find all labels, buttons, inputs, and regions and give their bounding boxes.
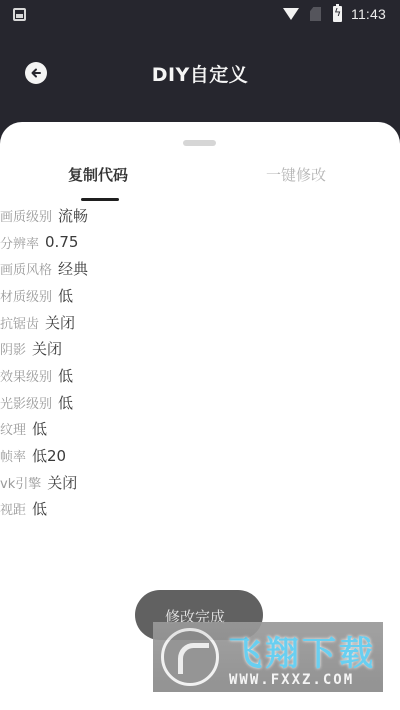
- setting-label: 视距: [0, 499, 26, 518]
- watermark-title: 飞翔下载: [228, 626, 376, 675]
- setting-row-material-level: 材质级别 低: [0, 282, 260, 309]
- settings-list: 画质级别 流畅 分辨率 0.75 画质风格 经典 材质级别 低 抗锯齿 关闭 阴…: [0, 202, 260, 522]
- setting-value: 低: [58, 392, 73, 413]
- watermark-url: WWW.FXXZ.COM: [229, 672, 354, 688]
- setting-label: 抗锯齿: [0, 313, 39, 332]
- setting-value: 低: [58, 285, 73, 306]
- setting-value: 关闭: [47, 472, 77, 493]
- setting-row-frame-rate: 帧率 低20: [0, 442, 260, 469]
- no-sim-icon: [310, 7, 321, 21]
- status-time: 11:43: [351, 6, 386, 22]
- setting-label: 帧率: [0, 446, 26, 465]
- setting-value: 低: [58, 365, 73, 386]
- watermark: 飞翔下载 WWW.FXXZ.COM: [153, 622, 383, 692]
- tab-copy-code[interactable]: 复制代码: [68, 164, 128, 185]
- setting-label: 效果级别: [0, 366, 52, 385]
- setting-value: 低: [32, 418, 47, 439]
- setting-label: 光影级别: [0, 393, 52, 412]
- setting-row-quality-style: 画质风格 经典: [0, 255, 260, 282]
- battery-charging-icon: [333, 6, 342, 22]
- setting-row-lighting-level: 光影级别 低: [0, 389, 260, 416]
- setting-value: 低: [32, 498, 47, 519]
- setting-label: 纹理: [0, 419, 26, 438]
- page-title: DIY自定义: [0, 60, 400, 87]
- setting-value: 经典: [58, 258, 88, 279]
- setting-label: vk引擎: [0, 473, 41, 492]
- watermark-logo-icon: [161, 628, 219, 686]
- setting-label: 阴影: [0, 339, 26, 358]
- setting-value: 低20: [32, 445, 66, 466]
- setting-label: 分辨率: [0, 233, 39, 252]
- setting-value: 关闭: [32, 338, 62, 359]
- setting-label: 材质级别: [0, 286, 52, 305]
- image-notification-icon: [13, 8, 26, 21]
- setting-row-effect-level: 效果级别 低: [0, 362, 260, 389]
- setting-row-texture: 纹理 低: [0, 416, 260, 443]
- setting-row-resolution: 分辨率 0.75: [0, 229, 260, 256]
- setting-value: 0.75: [45, 233, 78, 251]
- setting-row-quality-level: 画质级别 流畅: [0, 202, 260, 229]
- status-bar: 11:43: [0, 0, 400, 30]
- active-tab-indicator: [81, 198, 119, 201]
- wifi-icon: [283, 8, 299, 20]
- setting-row-shadow: 阴影 关闭: [0, 335, 260, 362]
- drag-handle[interactable]: [183, 140, 216, 146]
- header-bar: DIY自定义: [0, 40, 400, 104]
- setting-value: 关闭: [45, 312, 75, 333]
- setting-row-antialiasing: 抗锯齿 关闭: [0, 309, 260, 336]
- tab-one-click-modify[interactable]: 一键修改: [266, 164, 326, 185]
- setting-row-view-distance: 视距 低: [0, 496, 260, 523]
- setting-value: 流畅: [58, 205, 88, 226]
- setting-row-vk-engine: vk引擎 关闭: [0, 469, 260, 496]
- setting-label: 画质级别: [0, 206, 52, 225]
- setting-label: 画质风格: [0, 259, 52, 278]
